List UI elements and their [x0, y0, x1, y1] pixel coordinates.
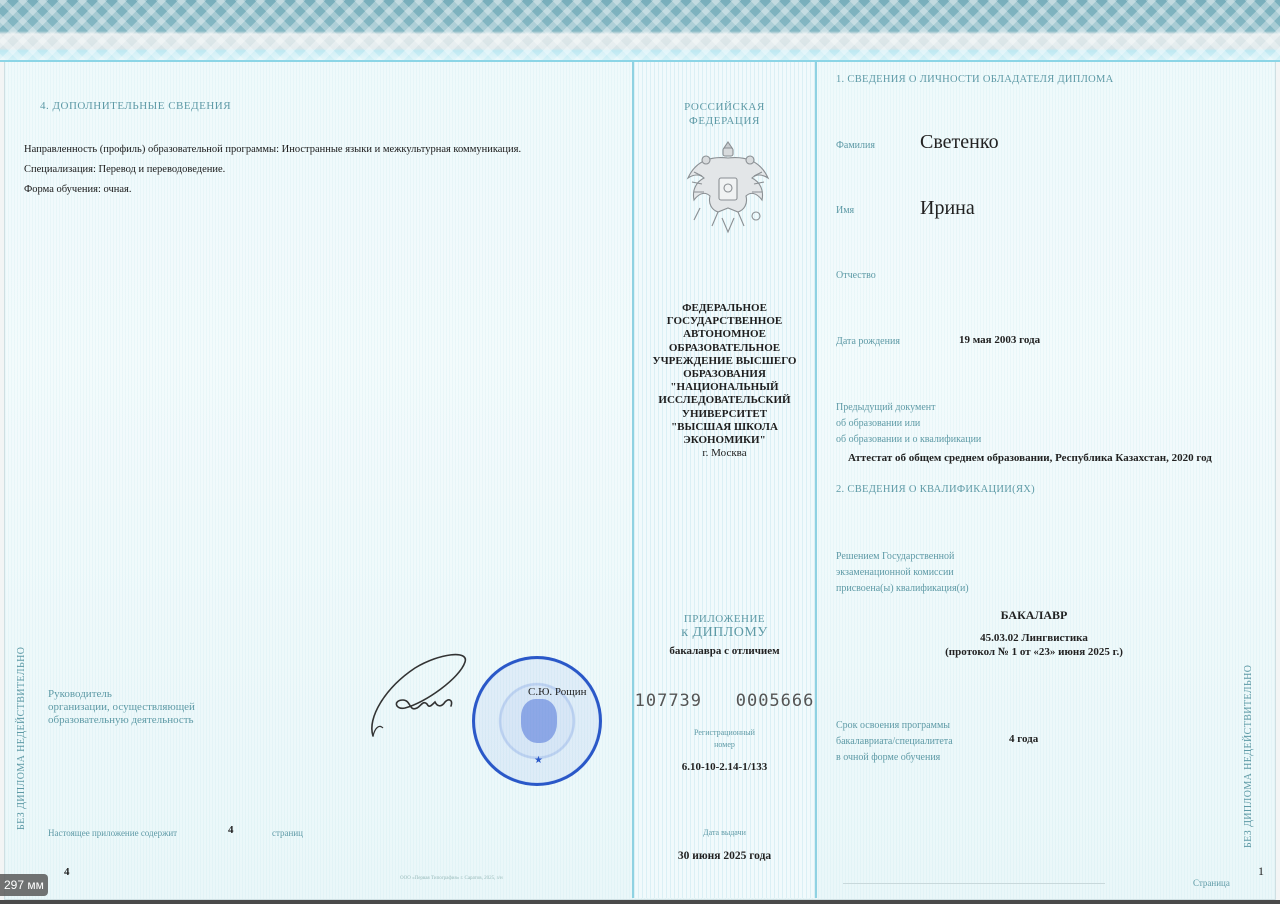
registration-number: 6.10-10-2.14-1/133 [632, 761, 817, 773]
surname-label: Фамилия [836, 140, 875, 151]
specialty-value: 45.03.02 Лингвистика [822, 631, 1246, 645]
country-title: РОССИЙСКАЯ ФЕДЕРАЦИЯ [632, 100, 817, 128]
specialty-block: 45.03.02 Лингвистика (протокол № 1 от «2… [822, 631, 1246, 659]
page-number-left: 4 [64, 866, 70, 878]
official-seal: ★ [472, 656, 602, 786]
signature-icon [365, 648, 475, 738]
surname-value: Светенко [920, 131, 999, 154]
registration-label: Регистрационный номер [632, 727, 817, 751]
printer-note: ООО «Первая Типография» г. Саратов, 2025… [400, 876, 503, 881]
specialization-line: Специализация: Перевод и переводоведение… [24, 160, 521, 180]
vertical-validity-note-right: БЕЗ ДИПЛОМА НЕДЕЙСТВИТЕЛЬНО [1243, 688, 1254, 848]
dob-label: Дата рождения [836, 336, 900, 347]
pages-count: 4 [228, 824, 234, 836]
section-4-title: 4. ДОПОЛНИТЕЛЬНЫЕ СВЕДЕНИЯ [40, 100, 231, 112]
qualification-value: БАКАЛАВР [822, 608, 1246, 623]
decorative-guilloche-band [0, 0, 1280, 62]
coat-of-arms-icon [682, 138, 774, 238]
profile-line: Направленность (профиль) образовательной… [24, 140, 521, 160]
patronymic-label: Отчество [836, 270, 876, 281]
name-label: Имя [836, 205, 854, 216]
previous-document-label: Предыдущий документ об образовании или о… [836, 400, 981, 448]
signer-name: С.Ю. Рощин [528, 686, 586, 698]
seal-emblem-icon [521, 699, 557, 743]
protocol-value: (протокол № 1 от «23» июня 2025 г.) [822, 645, 1246, 659]
study-term-label: Срок освоения программы бакалавриата/спе… [836, 718, 953, 766]
name-value: Ирина [920, 197, 975, 220]
section-1-title: 1. СВЕДЕНИЯ О ЛИЧНОСТИ ОБЛАДАТЕЛЯ ДИПЛОМ… [836, 74, 1114, 85]
diploma-type: бакалавра с отличием [632, 645, 817, 657]
scale-badge: 297 мм [0, 874, 48, 896]
pages-count-label: Настоящее приложение содержит [48, 828, 177, 838]
bottom-rule [843, 883, 1105, 884]
appendix-title-line1: ПРИЛОЖЕНИЕ [632, 613, 817, 625]
dob-value: 19 мая 2003 года [959, 334, 1040, 346]
serial-number: 107739 0005666 [632, 691, 817, 711]
issue-date-label: Дата выдачи [632, 828, 817, 837]
viewer-bottom-bar [0, 900, 1280, 904]
organization-city: г. Москва [642, 447, 807, 460]
appendix-title-line2: к ДИПЛОМУ [632, 625, 817, 641]
vertical-validity-note-left: БЕЗ ДИПЛОМА НЕДЕЙСТВИТЕЛЬНО [16, 690, 32, 830]
page-number-right: 1 [1258, 864, 1264, 879]
head-of-organization-label: Руководитель организации, осуществляющей… [48, 688, 195, 727]
page-label-right: Страница [1193, 878, 1230, 888]
section-2-title: 2. СВЕДЕНИЯ О КВАЛИФИКАЦИИ(ЯХ) [836, 484, 1035, 495]
seal-star-icon: ★ [534, 755, 543, 766]
issue-date: 30 июня 2025 года [632, 850, 817, 862]
study-form-line: Форма обучения: очная. [24, 180, 521, 200]
previous-document-value: Аттестат об общем среднем образовании, Р… [848, 451, 1218, 465]
commission-label: Решением Государственной экзаменационной… [836, 549, 969, 597]
organization-name: ФЕДЕРАЛЬНОЕ ГОСУДАРСТВЕННОЕ АВТОНОМНОЕ О… [642, 302, 807, 460]
additional-info: Направленность (профиль) образовательной… [24, 140, 521, 200]
study-term-value: 4 года [1009, 733, 1038, 745]
pages-word: страниц [272, 828, 303, 838]
